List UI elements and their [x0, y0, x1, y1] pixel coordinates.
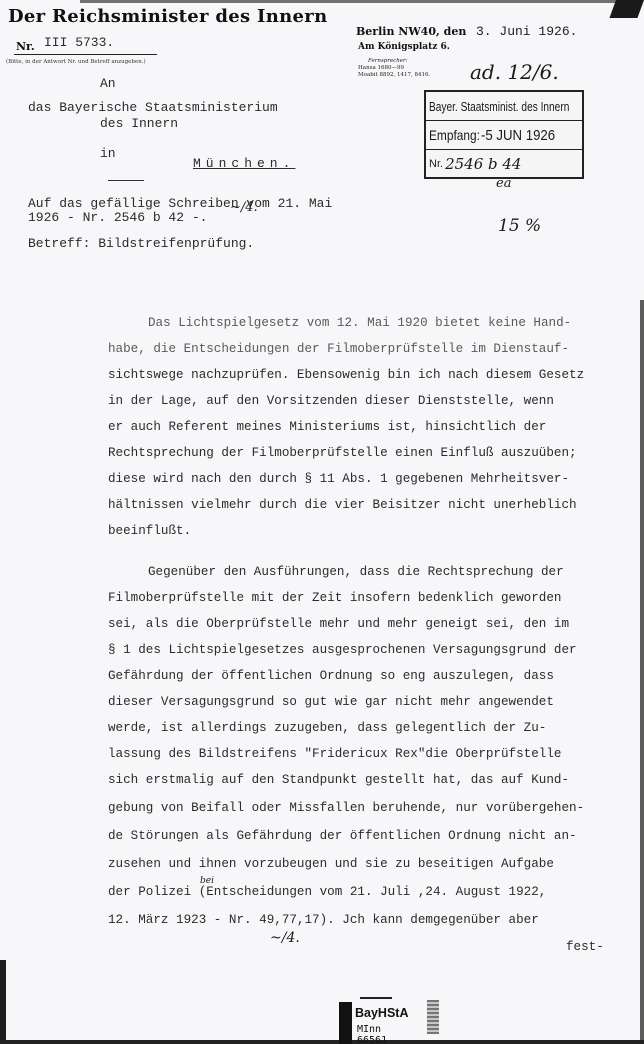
scan-edge-left [0, 960, 6, 1044]
handwritten-mark: ~/4. [270, 930, 300, 946]
body-line: diese wird nach den durch § 11 Abs. 1 ge… [108, 472, 569, 486]
body-line: Gefährdung der öffentlichen Ordnung so e… [108, 669, 554, 683]
archive-block [339, 1002, 352, 1044]
stamp-received-label: Empfang: [429, 127, 480, 143]
page-continuation: fest- [566, 940, 604, 954]
stamp-nr-row: Nr. 2546 b 44 [426, 150, 582, 178]
body-line: sich erstmalig auf den Standpunkt gestel… [108, 773, 569, 787]
body-line: habe, die Entscheidungen der Filmoberprü… [108, 342, 569, 356]
reference-line-1: Auf das gefällige Schreiben vom 21. Mai [28, 196, 332, 211]
phone-heading: Fernsprecher: [358, 58, 430, 65]
phone-line: Hansa 1680—99 [358, 65, 430, 72]
nr-hint: (Bitte, in der Antwort Nr. und Betreff a… [6, 59, 146, 65]
archive-name: BayHStA [355, 1006, 409, 1020]
scan-edge-bottom [0, 1040, 644, 1044]
body-line: werde, ist allerdings zuzugeben, dass ge… [108, 721, 546, 735]
archive-rule [360, 997, 392, 999]
receipt-stamp: Bayer. Staatsminist. des Innern Empfang:… [424, 90, 584, 179]
body-line: Filmoberprüfstelle mit der Zeit insofern… [108, 591, 561, 605]
stamp-nr-label: Nr. [429, 158, 443, 170]
body-line: zusehen und ihnen vorzubeugen und sie zu… [108, 857, 554, 871]
body-line: dieser Versagungsgrund so gut wie gar ni… [108, 695, 554, 709]
sender-letterhead: Der Reichsminister des Innern [8, 6, 327, 27]
recipient-line-2: des Innern [100, 116, 178, 131]
body-line: 12. März 1923 - Nr. 49,77,17). Jch kann … [108, 913, 539, 927]
stamp-title: Bayer. Staatsminist. des Innern [429, 99, 569, 114]
phone-block: Fernsprecher: Hansa 1680—99 Moabit 8892,… [358, 58, 430, 79]
subject-line: Betreff: Bildstreifenprüfung. [28, 236, 254, 251]
stamp-title-row: Bayer. Staatsminist. des Innern [426, 92, 582, 121]
document-page: Der Reichsminister des Innern Nr. III 57… [0, 0, 644, 1044]
scan-corner [609, 0, 644, 18]
body-line: beeinflußt. [108, 524, 191, 538]
stamp-received-row: Empfang: -5 JUN 1926 [426, 121, 582, 150]
file-number: III 5733. [44, 35, 114, 50]
place-line: Berlin NW40, den [356, 25, 466, 38]
body-line: Rechtsprechung der Filmoberprüfstelle ei… [108, 446, 577, 460]
body-line: Das Lichtspielgesetz vom 12. Mai 1920 bi… [148, 316, 571, 330]
archive-code-mark [427, 1000, 439, 1034]
body-line: gebung von Beifall oder Missfallen beruh… [108, 801, 584, 815]
body-line: Gegenüber den Ausführungen, dass die Rec… [148, 565, 564, 579]
recipient-an: An [100, 76, 116, 91]
body-line: in der Lage, auf den Vorsitzenden dieser… [108, 394, 554, 408]
letter-date: 3. Juni 1926. [476, 24, 577, 39]
body-line: der Polizei (Entscheidungen vom 21. Juli… [108, 885, 546, 899]
handwritten-reference: ad. 12/6. [470, 60, 559, 84]
handwritten-number: 15 % [498, 216, 541, 236]
archive-signature: MInn 66561 [357, 1024, 387, 1044]
separator-rule [108, 180, 144, 181]
scan-edge-top [80, 0, 640, 3]
body-line: de Störungen als Gefährdung der öffentli… [108, 829, 577, 843]
stamp-nr-value: 2546 b 44 [445, 155, 521, 173]
body-line: lassung des Bildstreifens "Fridericux Re… [108, 747, 561, 761]
recipient-in: in [100, 146, 116, 161]
body-line: hältnissen vielmehr durch die vier Beisi… [108, 498, 577, 512]
body-line: sichtswege nachzuprüfen. Ebensowenig bin… [108, 368, 584, 382]
stamp-received-date: -5 JUN 1926 [481, 127, 555, 144]
recipient-line-1: das Bayerische Staatsministerium [28, 100, 278, 115]
recipient-city: München. [193, 156, 295, 171]
body-line: sei, als die Oberprüfstelle mehr und meh… [108, 617, 569, 631]
reference-line-2: 1926 - Nr. 2546 b 42 -. [28, 210, 207, 225]
body-line: § 1 des Lichtspielgesetzes ausgesprochen… [108, 643, 577, 657]
scan-edge-right [640, 300, 644, 1040]
phone-line: Moabit 8892, 1417, 8416. [358, 72, 430, 79]
sender-address: Am Königsplatz 6. [358, 42, 450, 52]
body-line: er auch Referent meines Ministeriums ist… [108, 420, 546, 434]
nr-label: Nr. [16, 40, 35, 53]
